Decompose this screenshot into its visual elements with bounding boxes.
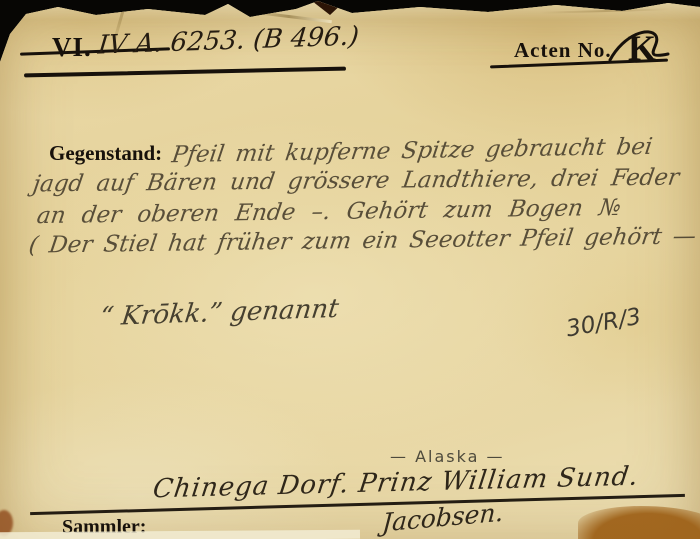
region-annotation: — Alaska — — [390, 447, 505, 466]
inventory-number: IV A. 6253. (B 496.) — [96, 21, 360, 60]
header-underline — [24, 67, 346, 78]
gegenstand-label: Gegenstand: — [49, 141, 162, 166]
gegenstand-line-4: ( Der Stiel hat früher zum ein Seeotter … — [27, 223, 698, 258]
adhesive-stain — [578, 506, 700, 539]
series-number: VI. — [52, 32, 92, 63]
object-name-note: “ Krōkk.” genannt — [98, 294, 340, 332]
document-card: VI. IV A. 6253. (B 496.) Acten No. K Geg… — [0, 0, 700, 539]
acten-mark-k-flourish: K — [606, 20, 672, 68]
acten-no-label: Acten No. — [514, 38, 612, 63]
pencil-registry-number: 30/R/3 — [564, 304, 643, 343]
acten-mark-letter: K — [628, 28, 656, 68]
gegenstand-line-2: jagd auf Bären und grössere Landthiere, … — [31, 165, 681, 198]
paper-edge-strip — [0, 530, 360, 539]
gegenstand-line-1: Pfeil mit kupferne Spitze gebraucht bei — [170, 134, 654, 168]
gegenstand-line-3: an der oberen Ende –. Gehört zum Bogen № — [35, 195, 623, 229]
